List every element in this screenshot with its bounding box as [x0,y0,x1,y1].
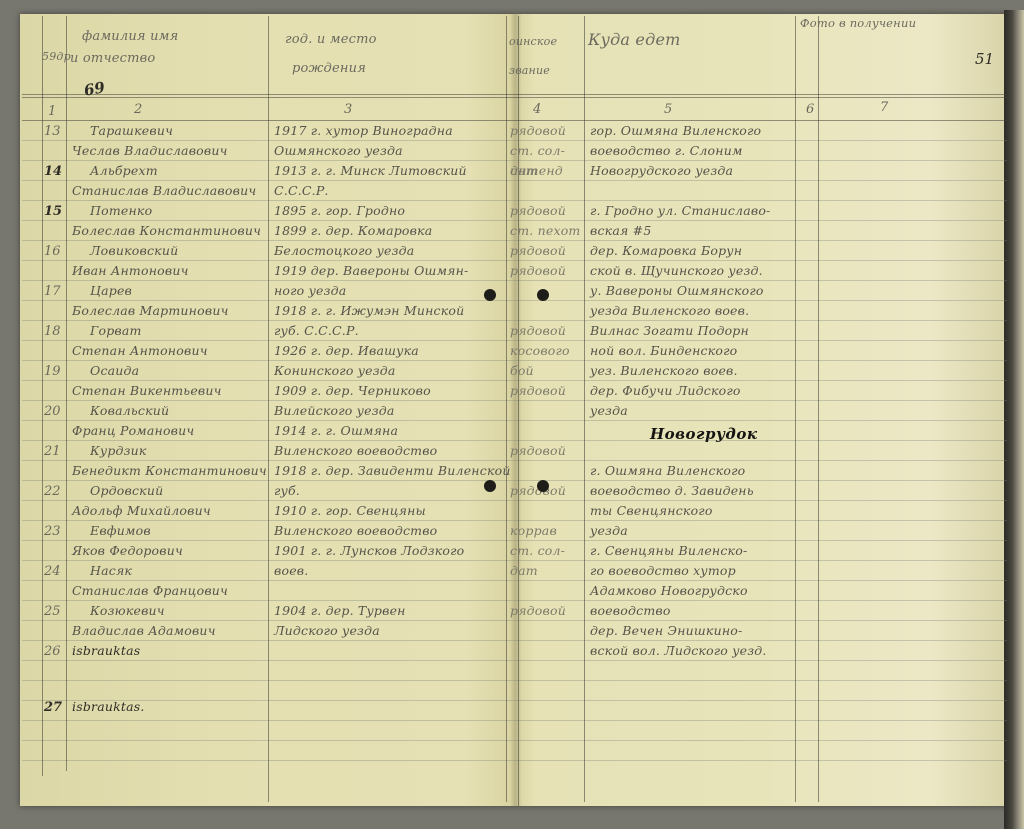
entry-birth: 1918 г. г. Ижумэн Минской [274,304,464,318]
entry-number: 14 [44,164,62,179]
entry-birth: 1904 г. дер. Турвен [274,604,406,618]
entry-destination: уезда Виленского воев. [590,304,749,318]
column-number-1: 1 [48,104,56,119]
entry-name: Болеслав Мартинович [72,304,229,318]
entry-name: Адольф Михайлович [72,504,211,518]
entry-destination: дер. Комаровка Борун [590,244,742,258]
entry-birth: Ошмянского уезда [274,144,403,158]
entry-destination: у. Вавероны Ошмянского [590,284,764,298]
ruled-line [22,160,1007,161]
ruled-line [22,97,1007,98]
entry-rank: косового [510,344,570,358]
header-col5: Куда едет [588,33,680,47]
ruled-line [22,140,1007,141]
header-col3-line2: рождения [292,62,366,76]
ruled-line [22,560,1007,561]
entry-rank: бой [510,364,534,378]
entry-birth: 1918 г. дер. Завиденти Виленской [274,464,511,478]
entry-destination: дер. Фибучи Лидского [590,384,741,398]
ruled-line [22,120,1007,121]
entry-name: Евфимов [90,524,151,538]
entry-destination: ской в. Щучинского уезд. [590,264,763,278]
entry-birth: губ. [274,484,300,498]
entry-destination: дер. Вечен Энишкино- [590,624,742,638]
entry-birth: 1914 г. г. Ошмяна [274,424,398,438]
entry-birth: Вилейского уезда [274,404,395,418]
entry-name: Степан Антонович [72,344,208,358]
entry-birth: Конинского уезда [274,364,396,378]
margin-line [42,16,43,776]
header-col6-7: Фото в получении [800,16,916,30]
entry-birth: 1909 г. дер. Черниково [274,384,431,398]
entry-name: Владислав Адамович [72,624,216,638]
header-col4-line2: звание [509,64,550,78]
entry-rank: рядовой [510,604,566,618]
punch-hole [537,480,549,492]
entry-birth: 1926 г. дер. Ивашука [274,344,419,358]
entry-destination: уезда [590,524,628,538]
entry-name: Степан Викентьевич [72,384,222,398]
entry-name: Яков Федорович [72,544,183,558]
column-divider-2 [268,16,269,802]
column-number-3: 3 [344,102,352,117]
entry-destination: ты Свенцянского [590,504,713,518]
entry-birth: губ. С.С.С.Р. [274,324,359,338]
entry-name: isbrauktas [72,644,140,658]
column-divider-3 [506,16,507,802]
entry-birth: 1899 г. дер. Комаровка [274,224,432,238]
entry-number: 25 [44,604,61,619]
punch-hole [484,289,496,301]
entry-rank: рядовой [510,204,566,218]
entry-name: Бенедикт Константинович [72,464,267,478]
page-number: 51 [975,50,994,68]
entry-number: 13 [44,124,61,139]
entry-destination: г. Свенцяны Виленско- [590,544,747,558]
ruled-line [22,300,1007,301]
entry-birth: 1895 г. гор. Гродно [274,204,405,218]
entry-rank: рядовой [510,444,566,458]
entry-rank: рядовой [510,264,566,278]
entry-birth: ного уезда [274,284,346,298]
ruled-line [22,540,1007,541]
entry-name: Горват [90,324,142,338]
column-number-7: 7 [880,100,888,115]
column-divider-4 [584,16,585,802]
entry-birth: Виленского воеводство [274,524,437,538]
ruled-line [22,700,1007,701]
entry-name: Ловиковский [90,244,178,258]
entry-number: 17 [44,284,61,299]
entry-rank: рядовой [510,124,566,138]
margin-note-col2: 69 [83,78,107,99]
ruled-line [22,340,1007,341]
entry-birth: 1919 дер. Вавероны Ошмян- [274,264,468,278]
entry-destination: вская #5 [590,224,651,238]
entry-number: 20 [44,404,61,419]
ruled-line [22,400,1007,401]
ruled-line [22,440,1007,441]
ruled-line [22,480,1007,481]
entry-destination: гор. Ошмяна Виленского [590,124,761,138]
entry-name: Болеслав Константинович [72,224,261,238]
entry-number: 24 [44,564,61,579]
entry-rank: дат [510,564,538,578]
entry-name: Франц Романович [72,424,194,438]
entry-rank: рядовой [510,244,566,258]
ruled-line [22,420,1007,421]
entry-destination: воеводство г. Слоним [590,144,743,158]
punch-hole [537,289,549,301]
entry-rank: ст. сол- [510,544,565,558]
entry-name: Тарашкевич [90,124,173,138]
ruled-line [22,740,1007,741]
header-col4-line1: оинское [509,35,557,49]
column-number-4: 4 [533,102,541,117]
entry-rank: рядовой [510,324,566,338]
entry-rank: ст. сол- [510,144,565,158]
ruled-line [22,320,1007,321]
entry-number: 26 [44,644,61,659]
book-edge [1004,10,1024,829]
column-divider-1 [66,16,67,771]
entry-destination: го воеводство хутор [590,564,736,578]
ruled-line [22,260,1007,261]
entry-destination: уезда [590,404,628,418]
column-number-5: 5 [664,102,672,117]
ruled-line [22,500,1007,501]
ruled-line [22,720,1007,721]
ruled-line [22,180,1007,181]
entry-destination: уез. Виленского воев. [590,364,738,378]
entry-rank: ст. пехот [510,224,580,238]
ruled-line [22,680,1007,681]
entry-rank: рядовой [510,384,566,398]
entry-number: 23 [44,524,61,539]
entry-name: Курдзик [90,444,147,458]
entry-birth: воев. [274,564,308,578]
entry-rank: интенд [510,164,563,178]
ruled-line [22,580,1007,581]
margin-note-top-left: 59др [42,50,71,64]
entry-destination: Новогрудского уезда [590,164,733,178]
ruled-line [22,380,1007,381]
entry-destination: Вилнас Зогати Подорн [590,324,749,338]
entry-name: Станислав Владиславович [72,184,256,198]
ruled-line [22,600,1007,601]
entry-number: 22 [44,484,61,499]
novogrudok-stamp: Новогрудок [650,425,758,443]
entry-name: Ордовский [90,484,163,498]
entry-destination: ной вол. Бинденского [590,344,737,358]
entry-name: Альбрехт [90,164,158,178]
ruled-line [22,220,1007,221]
column-number-6: 6 [806,102,814,117]
ruled-line [22,760,1007,761]
ruled-line [22,280,1007,281]
column-divider-5 [795,16,796,802]
entry-name: Станислав Францович [72,584,228,598]
entry-birth: 1901 г. г. Лунсков Лодзкого [274,544,464,558]
entry-name: Насяк [90,564,132,578]
entry-destination: г. Ошмяна Виленского [590,464,745,478]
entry-destination: Адамково Новогрудско [590,584,748,598]
entry-birth: Виленского воеводство [274,444,437,458]
ruled-line [22,200,1007,201]
ruled-line [22,640,1007,641]
entry-name: Козюкевич [90,604,165,618]
column-divider-6 [818,16,819,802]
entry-number: 18 [44,324,61,339]
ruled-line [22,620,1007,621]
ruled-line [22,460,1007,461]
header-col2-line2: и отчество [70,52,155,66]
entry-name: Царев [90,284,132,298]
ruled-line [22,240,1007,241]
entry-name: Иван Антонович [72,264,189,278]
entry-name: Чеслав Владиславович [72,144,228,158]
entry-destination: воеводство [590,604,671,618]
entry-name: Потенко [90,204,152,218]
entry-birth: 1913 г. г. Минск Литовский [274,164,467,178]
header-col2-line1: фамилия имя [82,30,178,44]
entry-number: 21 [44,444,61,459]
entry-birth: Белостоцкого уезда [274,244,414,258]
ruled-line [22,660,1007,661]
column-number-2: 2 [134,102,142,117]
entry-number: 27 [44,700,62,715]
entry-name: Ковальский [90,404,169,418]
entry-destination: вской вол. Лидского уезд. [590,644,767,658]
entry-name: isbrauktas. [72,700,145,714]
ruled-line [22,360,1007,361]
header-col3-line1: год. и место [285,33,377,47]
entry-name: Осаида [90,364,139,378]
entry-number: 19 [44,364,61,379]
entry-destination: воеводство д. Завидень [590,484,754,498]
entry-birth: 1917 г. хутор Виноградна [274,124,453,138]
entry-birth: Лидского уезда [274,624,380,638]
entry-rank: коррав [510,524,557,538]
entry-number: 16 [44,244,61,259]
entry-number: 15 [44,204,62,219]
ruled-line [22,94,1007,95]
entry-destination: г. Гродно ул. Станиславо- [590,204,770,218]
entry-birth: 1910 г. гор. Свенцяны [274,504,426,518]
punch-hole [484,480,496,492]
ruled-line [22,520,1007,521]
entry-birth: С.С.С.Р. [274,184,329,198]
